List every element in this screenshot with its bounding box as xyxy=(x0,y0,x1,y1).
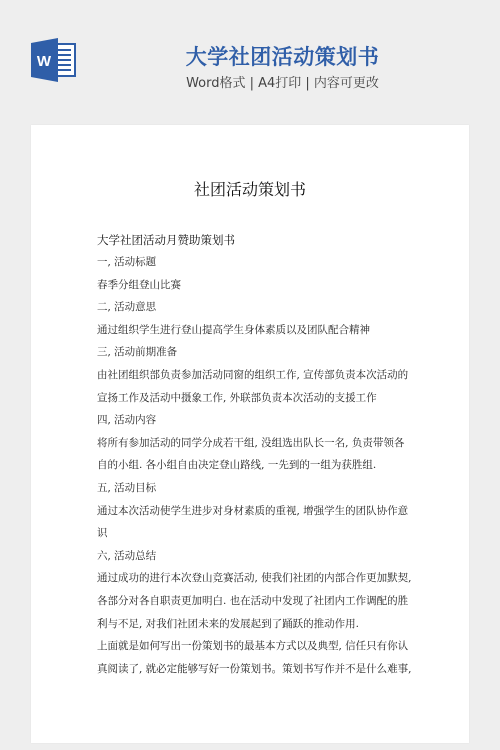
section-heading: 一, 活动标题 xyxy=(97,251,417,274)
paragraph-line: 春季分组登山比赛 xyxy=(97,274,417,297)
document-page: 社团活动策划书 大学社团活动月赞助策划书 一, 活动标题 春季分组登山比赛 二,… xyxy=(31,125,469,743)
section-heading: 三, 活动前期准备 xyxy=(97,341,417,364)
paragraph-line: 识 xyxy=(97,522,417,545)
paragraph-line: 真阅读了, 就必定能够写好一份策划书。策划书写作并不是什么难事, xyxy=(97,658,417,681)
section-heading: 二, 活动意思 xyxy=(97,296,417,319)
paragraph-line: 自的小组. 各小组自由决定登山路线, 一先到的一组为获胜组. xyxy=(97,454,417,477)
paragraph-line: 利与不足, 对我们社团未来的发展起到了踊跃的推动作用. xyxy=(97,613,417,636)
section-heading: 四, 活动内容 xyxy=(97,409,417,432)
document-subtitle: 大学社团活动月赞助策划书 xyxy=(97,229,417,251)
section-heading: 六, 活动总结 xyxy=(97,545,417,568)
header-title: 大学社团活动策划书 xyxy=(150,44,415,70)
paragraph-line: 通过组织学生进行登山提高学生身体素质以及团队配合精神 xyxy=(97,319,417,342)
paragraph-line: 将所有参加活动的同学分成若干组, 没组选出队长一名, 负责带领各 xyxy=(97,432,417,455)
word-icon: W xyxy=(31,38,77,82)
document-body: 大学社团活动月赞助策划书 一, 活动标题 春季分组登山比赛 二, 活动意思 通过… xyxy=(97,229,417,680)
paragraph-line: 宣扬工作及活动中摄象工作, 外联部负责本次活动的支援工作 xyxy=(97,387,417,410)
svg-text:W: W xyxy=(37,53,52,70)
section-heading: 五, 活动目标 xyxy=(97,477,417,500)
paragraph-line: 上面就是如何写出一份策划书的最基本方式以及典型, 信任只有你认 xyxy=(97,635,417,658)
header-subtitle: Word格式 | A4打印 | 内容可更改 xyxy=(150,75,415,93)
paragraph-line: 各部分对各自职责更加明白. 也在活动中发现了社团内工作调配的胜 xyxy=(97,590,417,613)
header: W 大学社团活动策划书 Word格式 | A4打印 | 内容可更改 xyxy=(0,0,500,125)
paragraph-line: 通过本次活动使学生进步对身材素质的重视, 增强学生的团队协作意 xyxy=(97,500,417,523)
paragraph-line: 通过成功的进行本次登山竞赛活动, 使我们社团的内部合作更加默契, xyxy=(97,567,417,590)
document-title: 社团活动策划书 xyxy=(31,179,469,201)
paragraph-line: 由社团组织部负责参加活动同窗的组织工作, 宣传部负责本次活动的 xyxy=(97,364,417,387)
